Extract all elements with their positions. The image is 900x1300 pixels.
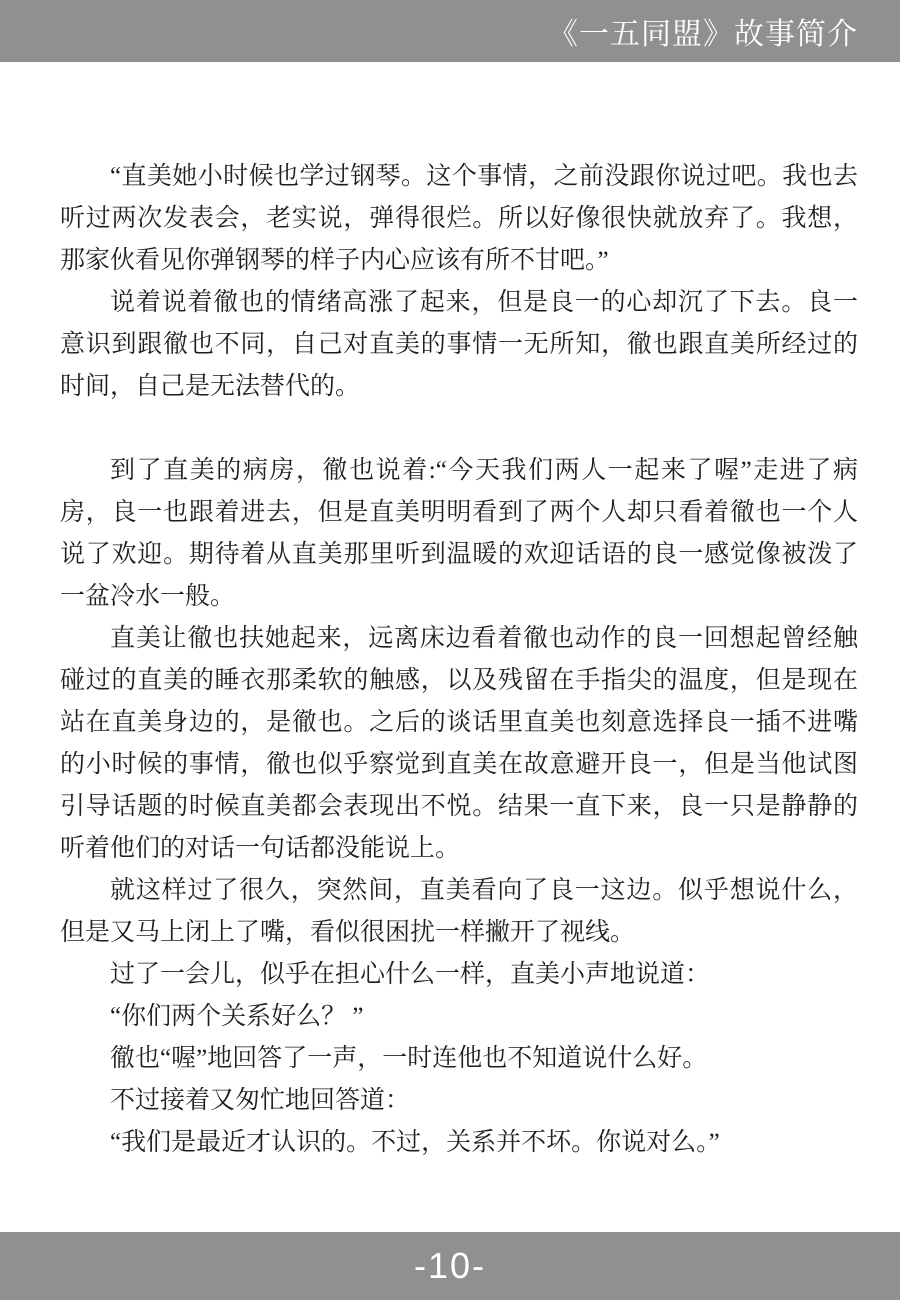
blank-line: [60, 408, 858, 450]
paragraph: 说着说着徹也的情绪高涨了起来，但是良一的心却沉了下去。良一意识到跟徹也不同，自己…: [60, 282, 858, 408]
footer-bar: -10-: [0, 1232, 900, 1300]
paragraph: 不过接着又匆忙地回答道：: [60, 1080, 858, 1122]
paragraph: 就这样过了很久，突然间，直美看向了良一这边。似乎想说什么，但是又马上闭上了嘴，看…: [60, 870, 858, 954]
ebook-page: 《一五同盟》故事简介 “直美她小时候也学过钢琴。这个事情，之前没跟你说过吧。我也…: [0, 0, 900, 1300]
story-paragraphs: “直美她小时候也学过钢琴。这个事情，之前没跟你说过吧。我也去听过两次发表会，老实…: [0, 62, 900, 1164]
paragraph: 徹也“喔”地回答了一声，一时连他也不知道说什么好。: [60, 1038, 858, 1080]
paragraph: 过了一会儿，似乎在担心什么一样，直美小声地说道：: [60, 954, 858, 996]
page-title: 《一五同盟》故事简介: [548, 9, 858, 53]
paragraph: 到了直美的病房，徹也说着:“今天我们两人一起来了喔”走进了病房，良一也跟着进去，…: [60, 450, 858, 618]
paragraph: “我们是最近才认识的。不过，关系并不坏。你说对么。”: [60, 1122, 858, 1164]
page-number: -10-: [414, 1245, 486, 1287]
paragraph: “你们两个关系好么？ ”: [60, 996, 858, 1038]
header-bar: 《一五同盟》故事简介: [0, 0, 900, 62]
paragraph: “直美她小时候也学过钢琴。这个事情，之前没跟你说过吧。我也去听过两次发表会，老实…: [60, 156, 858, 282]
paragraph: 直美让徹也扶她起来，远离床边看着徹也动作的良一回想起曾经触碰过的直美的睡衣那柔软…: [60, 618, 858, 870]
